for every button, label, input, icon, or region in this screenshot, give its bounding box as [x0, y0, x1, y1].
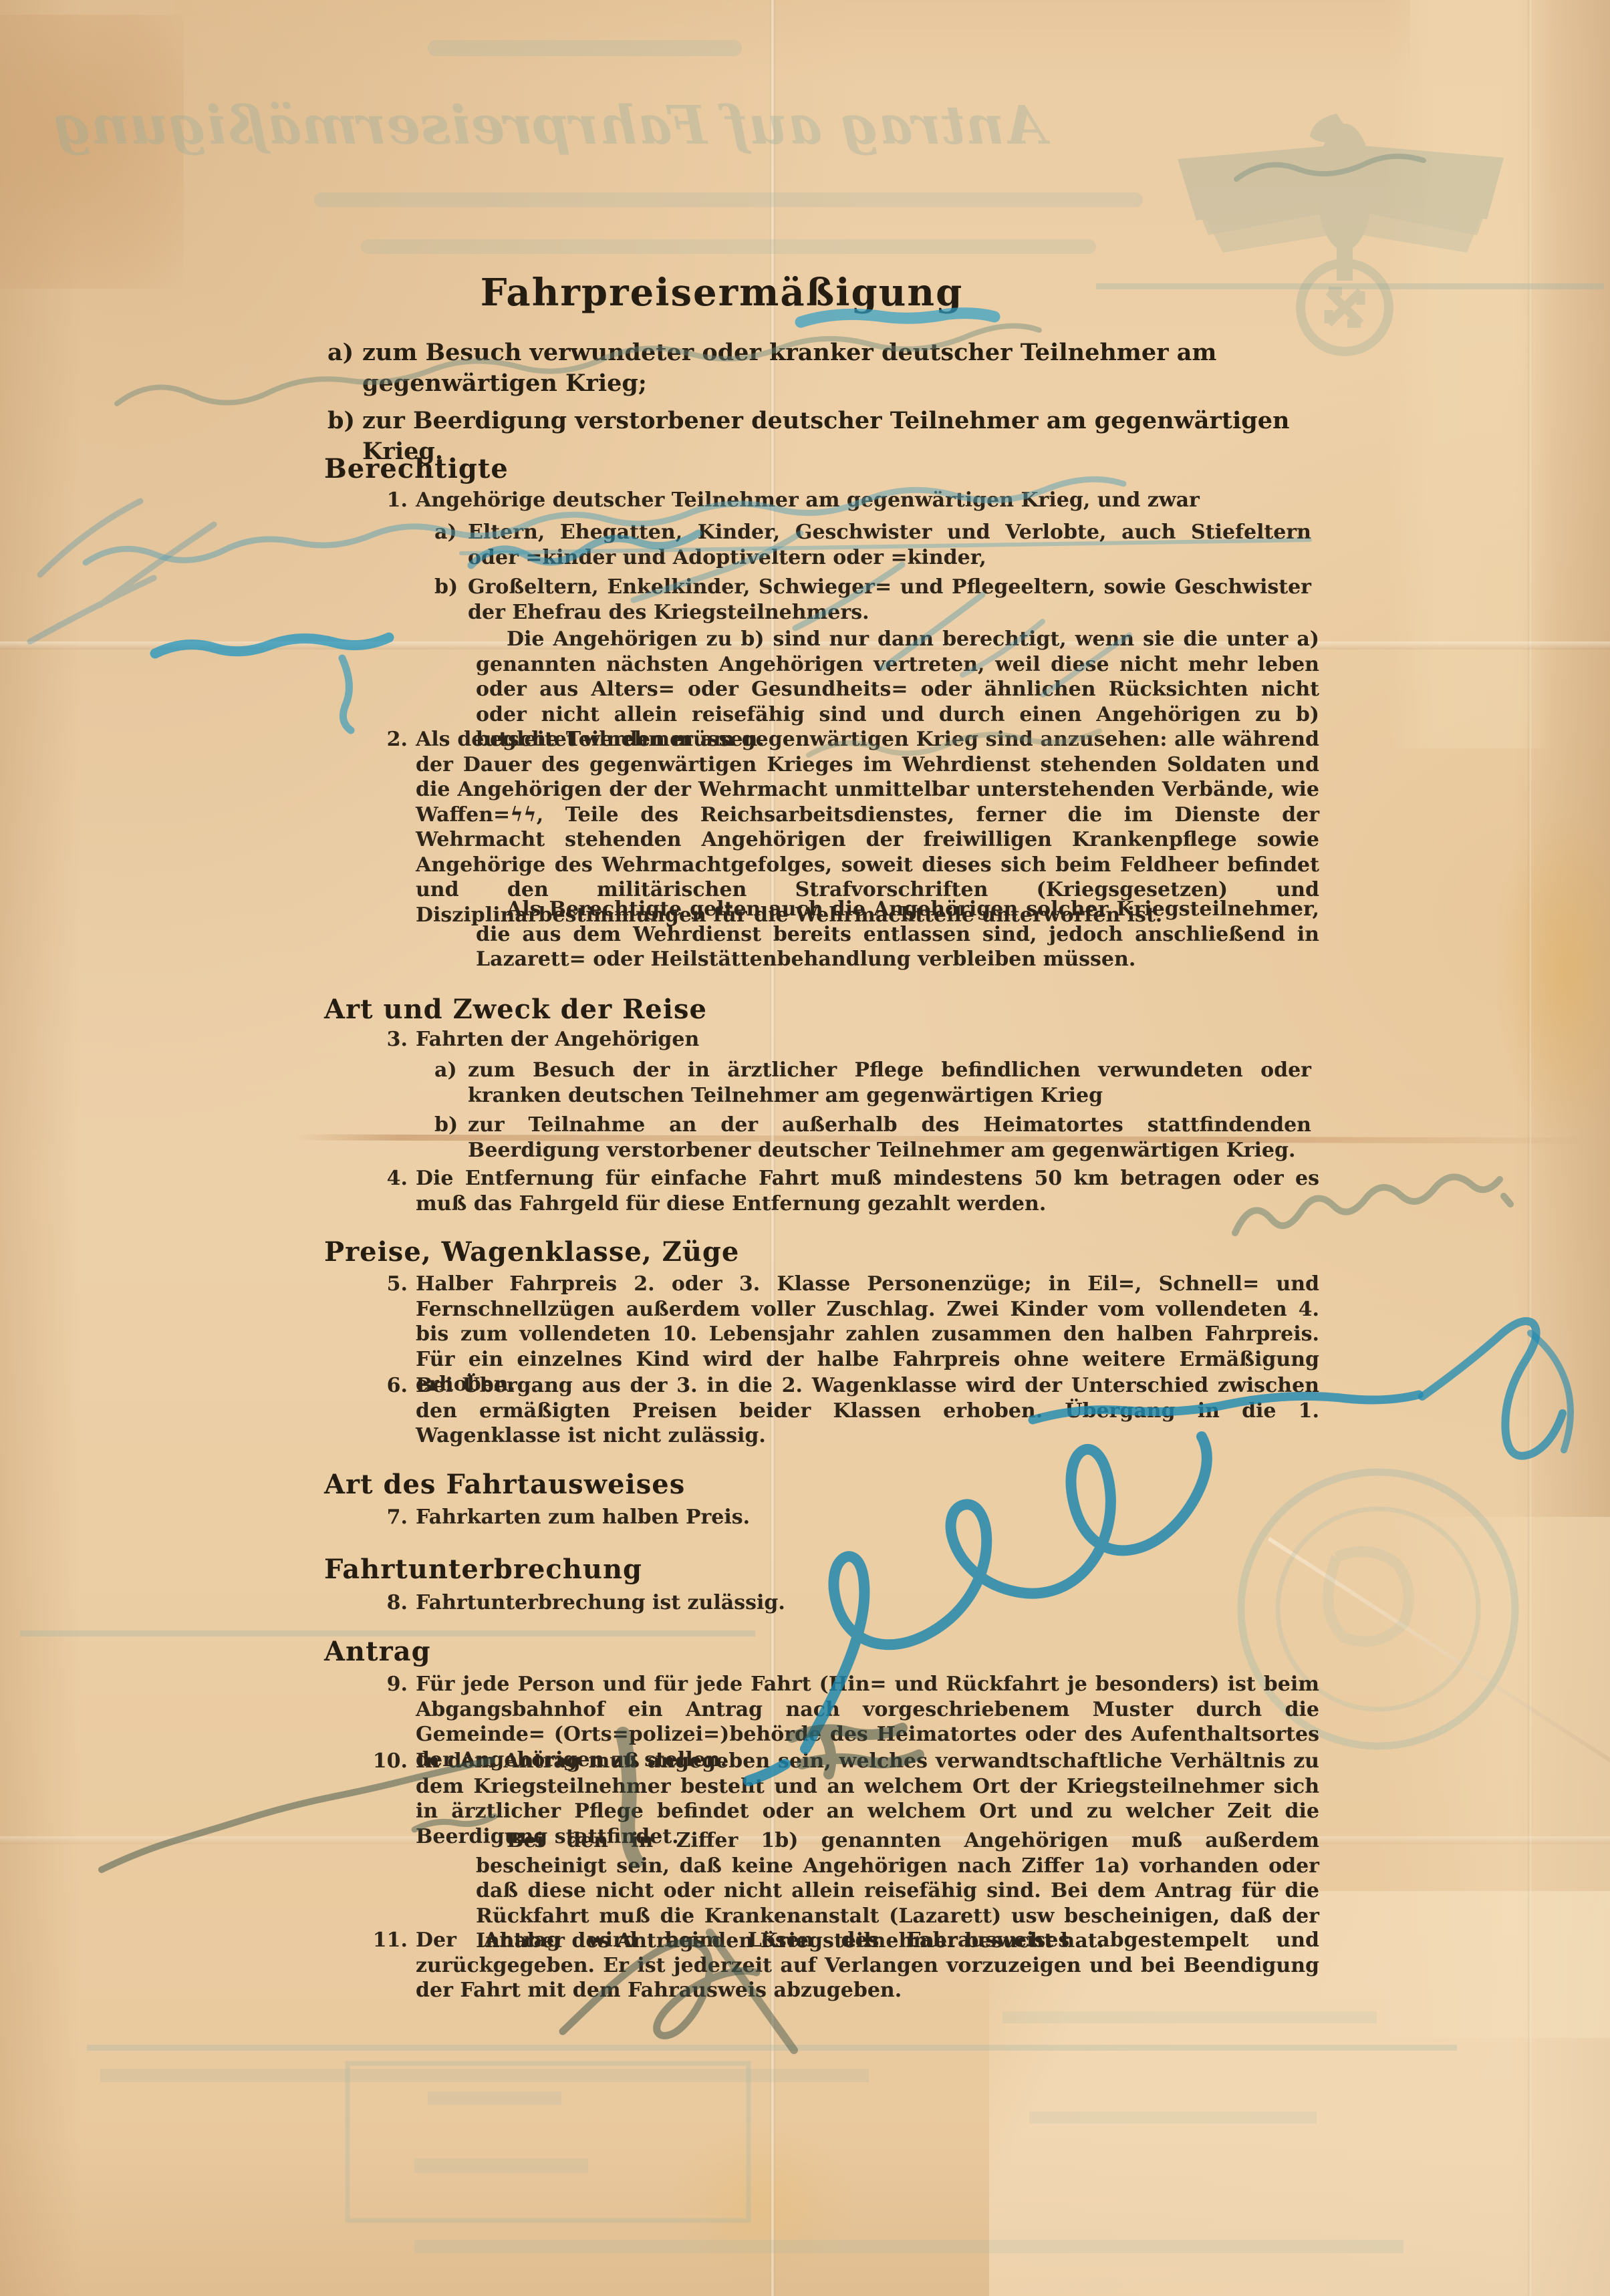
dark-blob-item9 [792, 1728, 919, 1774]
faded-script-top-right [1236, 156, 1424, 179]
bright-teal-scribble [155, 637, 389, 654]
margin-scribbles-left [30, 501, 214, 641]
teal-flourish-small [342, 658, 351, 730]
ink-smudge-under-title [801, 313, 994, 322]
faded-script-mutter [1235, 1177, 1510, 1233]
dark-script-left-item10 [102, 1760, 492, 1870]
handwriting-layer [0, 0, 1610, 2296]
faded-script-top [117, 326, 1039, 404]
dark-script-left-item10-b [414, 1816, 495, 1830]
dark-stroke-item11 [710, 1932, 794, 2050]
dark-smear-item9 [623, 1734, 636, 1861]
diagonal-teal-strokes-2 [962, 621, 1129, 695]
diagonal-teal-strokes [634, 533, 982, 668]
faded-script-item2 [809, 731, 1099, 755]
teal-strike-item6 [1033, 1395, 1419, 1420]
aged-document-page: Antrag auf Fahrpreisermäßigung [0, 0, 1610, 2296]
